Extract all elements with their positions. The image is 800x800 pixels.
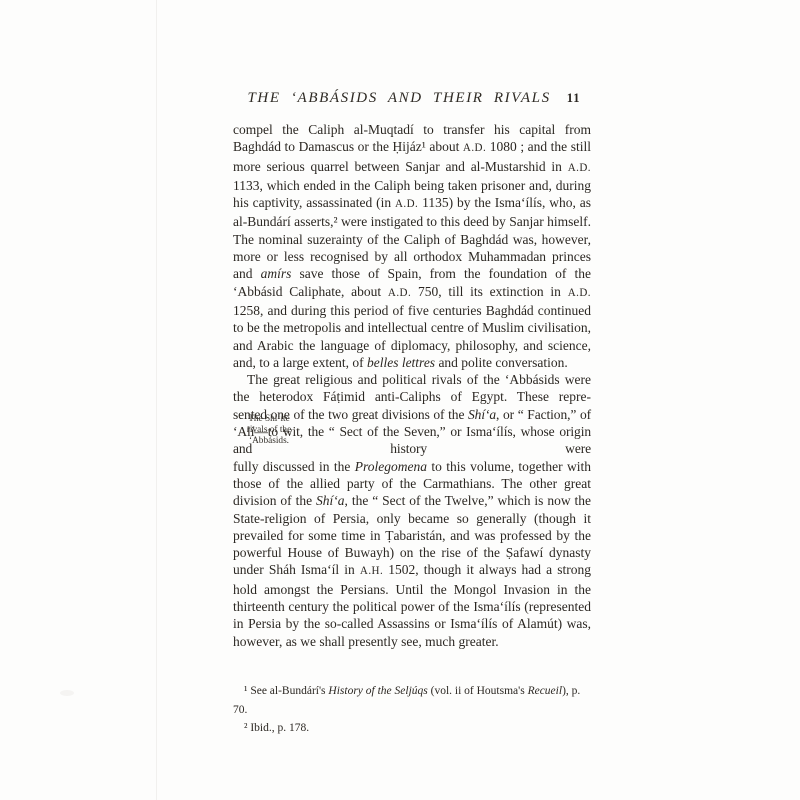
scan-smudge	[60, 690, 74, 696]
page-number: 11	[567, 91, 581, 106]
paragraph-2-rest: fully discussed in the Prolegomena to th…	[233, 458, 591, 650]
footnote-2: ² Ibid., p. 178.	[233, 719, 593, 738]
page-header: THE ‘ABBÁSIDS AND THEIR RIVALS 11	[233, 90, 595, 107]
paragraph-2-intro: The great religious and political rivals…	[233, 371, 591, 406]
footnotes: ¹ See al-Bundárí's History of the Seljúq…	[233, 682, 593, 738]
body-text-column: compel the Caliph al-Muqtadí to transfer…	[233, 121, 591, 650]
book-page: THE ‘ABBÁSIDS AND THEIR RIVALS 11 compel…	[0, 0, 800, 800]
paragraph-2-marginal-section: The Shí‘ite rivals of the ‘Abbásids. sen…	[233, 406, 591, 458]
margin-note: The Shí‘ite rivals of the ‘Abbásids.	[239, 414, 299, 447]
paragraph-1: compel the Caliph al-Muqtadí to transfer…	[233, 121, 591, 371]
running-title: THE ‘ABBÁSIDS AND THEIR RIVALS	[247, 90, 550, 107]
page-scan-edge-line	[156, 0, 157, 800]
footnote-1: ¹ See al-Bundárí's History of the Seljúq…	[233, 682, 593, 719]
